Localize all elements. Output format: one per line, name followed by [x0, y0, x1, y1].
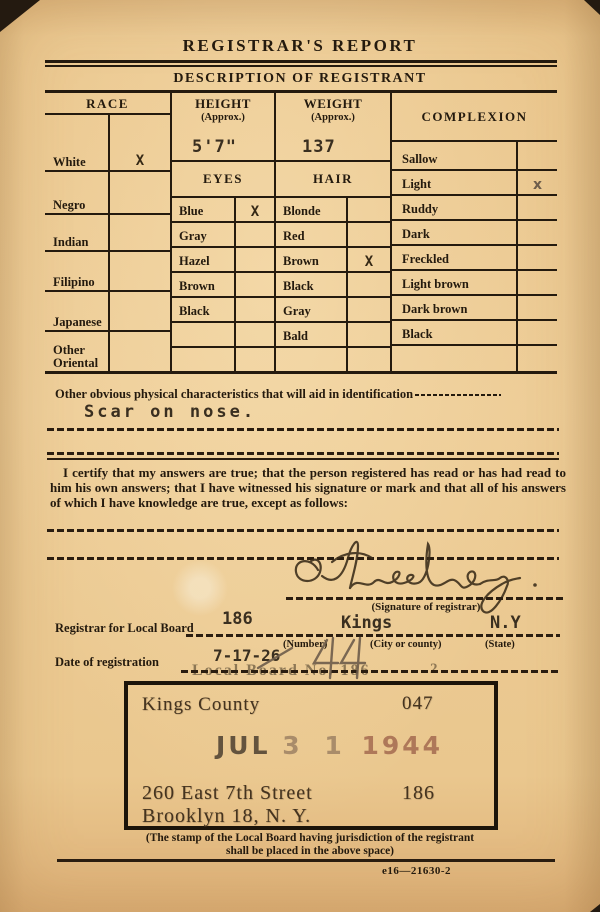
- mark-cell: [516, 321, 557, 344]
- race-label: White: [45, 115, 108, 170]
- race-mark-cell: [108, 215, 170, 250]
- weight-approx-label: (Approx.): [276, 112, 390, 124]
- height-eyes-column: HEIGHT (Approx.) 5'7" EYES Blue X Gray H…: [172, 93, 276, 371]
- table-row: [172, 323, 274, 348]
- table-row: Dark: [392, 221, 557, 246]
- race-mark-cell: [108, 332, 170, 371]
- stamp-board-number: 186: [402, 782, 435, 805]
- blank-cell: [172, 323, 234, 346]
- other-characteristics-text: Other obvious physical characteristics t…: [55, 387, 413, 401]
- complexion-label: Freckled: [392, 246, 516, 269]
- stamp-note-line2: shall be placed in the above space): [50, 845, 570, 858]
- table-row: Hazel: [172, 248, 274, 273]
- race-mark-cell: X: [108, 115, 170, 170]
- eye-color-label: Hazel: [172, 248, 234, 271]
- stamp-date-year: 1944: [361, 731, 443, 760]
- bottom-rule: [57, 859, 555, 862]
- eye-color-label: Blue: [172, 198, 234, 221]
- mark-cell: [346, 273, 390, 296]
- hair-color-label: Brown: [276, 248, 346, 271]
- signature-line: [286, 597, 566, 600]
- eye-color-label: Brown: [172, 273, 234, 296]
- pencil-x-mark: x: [533, 177, 542, 193]
- hair-color-label: Blonde: [276, 198, 346, 221]
- registrar-report-card: REGISTRAR'S REPORT DESCRIPTION OF REGIST…: [0, 0, 600, 912]
- weight-hair-column: WEIGHT (Approx.) 137 HAIR Blonde Red Bro…: [276, 93, 392, 371]
- blank-cell: [392, 346, 516, 371]
- mark-cell: [234, 223, 274, 246]
- complexion-column: COMPLEXION Sallow Light x Ruddy Dark Fre…: [392, 93, 557, 371]
- stamp-note-line1: (The stamp of the Local Board having jur…: [50, 832, 570, 845]
- stamp-date-day: 3 1: [282, 731, 350, 760]
- dotted-leader: [415, 394, 501, 396]
- table-row: [172, 348, 274, 371]
- complexion-label: Dark: [392, 221, 516, 244]
- ruled-line: [47, 452, 559, 455]
- ruled-line: [47, 458, 559, 460]
- complexion-header: COMPLEXION: [392, 93, 557, 142]
- table-row: Blonde: [276, 198, 390, 223]
- table-row: Negro: [45, 172, 170, 215]
- table-row: Black: [172, 298, 274, 323]
- weight-header: WEIGHT (Approx.): [276, 93, 390, 137]
- x-mark: X: [365, 254, 373, 270]
- hair-color-label: Gray: [276, 298, 346, 321]
- race-label: Negro: [45, 172, 108, 213]
- table-row: White X: [45, 115, 170, 172]
- state-value: N.Y: [490, 613, 521, 633]
- table-row: [276, 348, 390, 371]
- city-value: Kings: [341, 613, 392, 633]
- hair-header: HAIR: [276, 162, 390, 198]
- blank-cell: [234, 323, 274, 346]
- complexion-label: Light brown: [392, 271, 516, 294]
- blank-cell: [234, 348, 274, 371]
- table-row: Ruddy: [392, 196, 557, 221]
- x-mark: X: [251, 204, 259, 220]
- mark-cell: x: [516, 171, 557, 194]
- table-row: Japanese: [45, 292, 170, 332]
- height-header: HEIGHT (Approx.): [172, 93, 274, 137]
- board-number-value: 186: [222, 609, 253, 629]
- description-table: RACE White X Negro Indian Filipino Japan…: [45, 90, 557, 374]
- scan-corner-mark: [590, 904, 600, 912]
- race-label: Indian: [45, 215, 108, 250]
- blank-cell: [276, 348, 346, 371]
- mark-cell: [346, 323, 390, 346]
- stamp-date: JUL 3 1 1944: [216, 731, 443, 760]
- table-row: Black: [276, 273, 390, 298]
- mark-cell: [346, 223, 390, 246]
- complexion-label: Light: [392, 171, 516, 194]
- state-caption: (State): [485, 639, 515, 650]
- registrar-for-local-board-label: Registrar for Local Board: [55, 621, 194, 636]
- form-number: e16—21630-2: [382, 865, 451, 877]
- certification-paragraph: I certify that my answers are true; that…: [50, 465, 566, 510]
- mark-cell: [346, 298, 390, 321]
- scan-corner-mark: [584, 0, 600, 15]
- race-label: Other Oriental: [45, 332, 108, 371]
- table-row: [392, 346, 557, 371]
- local-board-stamp-box: Kings County 047 JUL 3 1 1944 260 East 7…: [124, 681, 498, 830]
- race-mark-cell: [108, 172, 170, 213]
- hair-color-label: Black: [276, 273, 346, 296]
- signature-caption: (Signature of registrar): [286, 601, 566, 613]
- table-row: Light brown: [392, 271, 557, 296]
- hair-color-label: Bald: [276, 323, 346, 346]
- race-mark-cell: [108, 252, 170, 290]
- weight-header-label: WEIGHT: [304, 96, 363, 111]
- race-label: Japanese: [45, 292, 108, 330]
- table-row: Blue X: [172, 198, 274, 223]
- weight-value: 137: [276, 137, 390, 162]
- race-mark-cell: [108, 292, 170, 330]
- page-title: REGISTRAR'S REPORT: [0, 36, 600, 56]
- complexion-label: Dark brown: [392, 296, 516, 319]
- complexion-label: Ruddy: [392, 196, 516, 219]
- table-row: Red: [276, 223, 390, 248]
- complexion-label: Sallow: [392, 142, 516, 169]
- table-row: Brown: [172, 273, 274, 298]
- table-row: Sallow: [392, 142, 557, 171]
- blank-cell: [172, 348, 234, 371]
- complexion-label: Black: [392, 321, 516, 344]
- table-row: Bald: [276, 323, 390, 348]
- other-characteristics-label: Other obvious physical characteristics t…: [55, 387, 501, 402]
- table-row: Filipino: [45, 252, 170, 292]
- mark-cell: [516, 296, 557, 319]
- stamp-county: Kings County: [142, 694, 260, 716]
- eye-color-label: Black: [172, 298, 234, 321]
- stamp-code: 047: [402, 693, 434, 715]
- mark-cell: [516, 142, 557, 169]
- mark-cell: [516, 246, 557, 269]
- mark-cell: X: [234, 198, 274, 221]
- blank-cell: [516, 346, 557, 371]
- table-row: Indian: [45, 215, 170, 252]
- mark-cell: X: [346, 248, 390, 271]
- stamp-street-address: 260 East 7th Street: [142, 782, 313, 805]
- stamp-date-month: JUL: [216, 731, 271, 760]
- other-characteristics-value: Scar on nose.: [84, 402, 256, 422]
- table-row: Gray: [276, 298, 390, 323]
- date-of-registration-label: Date of registration: [55, 655, 159, 670]
- table-row: Freckled: [392, 246, 557, 271]
- table-row: Black: [392, 321, 557, 346]
- race-column: RACE White X Negro Indian Filipino Japan…: [45, 93, 172, 371]
- mark-cell: [516, 271, 557, 294]
- eyes-header: EYES: [172, 162, 274, 198]
- race-label: Filipino: [45, 252, 108, 290]
- table-row: Brown X: [276, 248, 390, 273]
- mark-cell: [516, 196, 557, 219]
- mark-cell: [234, 298, 274, 321]
- scan-corner-mark: [0, 0, 40, 32]
- mark-cell: [234, 273, 274, 296]
- table-row: Other Oriental: [45, 332, 170, 371]
- table-row: Dark brown: [392, 296, 557, 321]
- height-approx-label: (Approx.): [172, 112, 274, 124]
- height-header-label: HEIGHT: [195, 96, 251, 111]
- height-value: 5'7": [172, 137, 274, 162]
- mark-cell: [234, 248, 274, 271]
- mark-cell: [516, 221, 557, 244]
- handwritten-correction-44: [200, 632, 380, 687]
- blank-cell: [346, 348, 390, 371]
- hair-color-label: Red: [276, 223, 346, 246]
- mark-cell: [346, 198, 390, 221]
- ruled-line: [47, 428, 559, 431]
- double-rule: [45, 60, 557, 67]
- eye-color-label: Gray: [172, 223, 234, 246]
- table-row: Light x: [392, 171, 557, 196]
- x-mark: X: [136, 153, 144, 169]
- section-title: DESCRIPTION OF REGISTRANT: [0, 71, 600, 87]
- table-row: Gray: [172, 223, 274, 248]
- stamp-city-line: Brooklyn 18, N. Y.: [142, 805, 311, 828]
- race-header: RACE: [45, 93, 170, 115]
- city-caption: (City or county): [370, 639, 442, 650]
